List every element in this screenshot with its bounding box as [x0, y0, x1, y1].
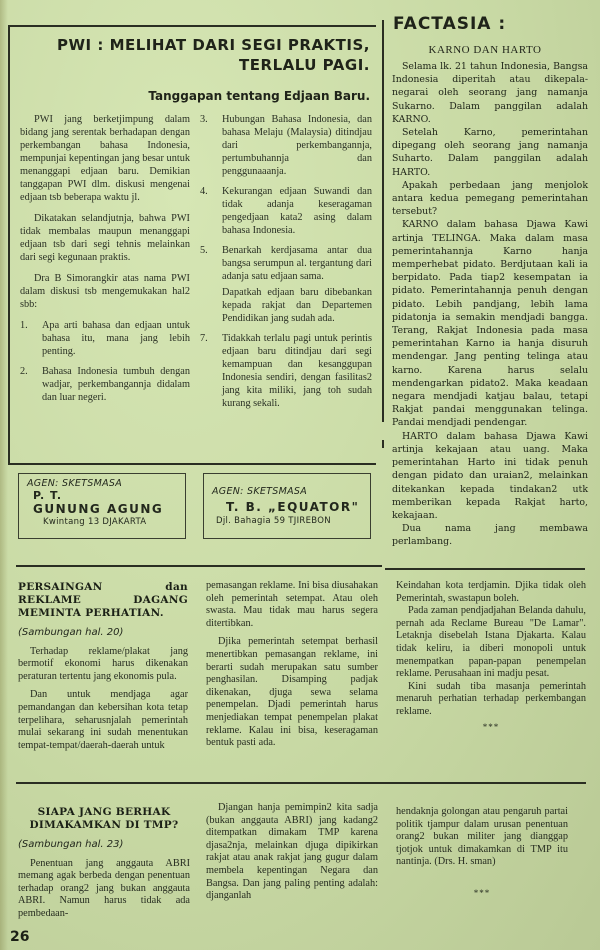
factasia-title: FACTASIA : [393, 14, 506, 34]
paragraph: KARNO dalam bahasa Djawa Kawi artinja TE… [392, 218, 588, 429]
tmp-column-3: hendaknja golongan atau pengaruh partai … [396, 806, 568, 900]
page-number: 26 [10, 929, 29, 945]
continuation-note: (Sambungan hal. 23) [18, 839, 190, 852]
factasia-subtitle: KARNO DAN HARTO [385, 44, 585, 56]
list-item: 2. Bahasa Indonesia tumbuh dengan wadjar… [20, 365, 190, 404]
pwi-article-box: PWI : MELIHAT DARI SEGI PRAKTIS, TERLALU… [8, 25, 376, 465]
paragraph: Dua nama jang membawa perlambang. [392, 522, 588, 548]
paragraph: hendaknja golongan atau pengaruh partai … [396, 806, 568, 869]
reklame-column-3: Keindahan kota terdjamin. Djika tidak ol… [396, 580, 586, 733]
section-divider [16, 782, 586, 784]
pwi-article-title: PWI : MELIHAT DARI SEGI PRAKTIS, TERLALU… [57, 35, 370, 75]
paragraph: Penentuan jang anggauta ABRI memang agak… [18, 858, 190, 921]
pwi-right-column: 3. Hubungan Bahasa Indonesia, dan bahasa… [200, 113, 372, 417]
ad-name-line-1: T. B. „EQUATOR" [226, 500, 362, 514]
tmp-column-2: Djangan hanja pemimpin2 kita sadja (buka… [206, 802, 378, 909]
paragraph: Dra B Simorangkir atas nama PWI dalam di… [20, 272, 190, 311]
paragraph: PWI jang berketjimpung dalam bidang jang… [20, 113, 190, 204]
section-divider [385, 568, 585, 570]
reklame-article-title: PERSAINGAN dan REKLAME DAGANG MEMINTA PE… [18, 581, 188, 620]
magazine-page: PWI : MELIHAT DARI SEGI PRAKTIS, TERLALU… [0, 0, 600, 950]
pwi-left-column: PWI jang berketjimpung dalam bidang jang… [20, 113, 190, 411]
list-item: 3. Hubungan Bahasa Indonesia, dan bahasa… [200, 113, 372, 178]
paragraph: Djika pemerintah setempat berhasil mener… [206, 636, 378, 749]
ad-agent-label: AGEN: SKETSMASA [27, 478, 177, 489]
paragraph: Pada zaman pendjadjahan Belanda dahulu, … [396, 605, 586, 681]
ad-equator: AGEN: SKETSMASA T. B. „EQUATOR" Djl. Bah… [203, 473, 371, 539]
ad-name-line-2: GUNUNG AGUNG [33, 502, 177, 516]
tmp-article-title: SIAPA JANG BERHAK DIMAKAMKAN DI TMP? [18, 806, 190, 832]
factasia-body: Selama lk. 21 tahun Indonesia, Bangsa In… [392, 60, 588, 549]
end-mark: *** [396, 721, 586, 734]
end-mark: *** [396, 887, 568, 900]
ad-agent-label: AGEN: SKETSMASA [212, 486, 362, 497]
paragraph: Setelah Karno, pemerintahan dipegang ole… [392, 126, 588, 179]
ad-gunung-agung: AGEN: SKETSMASA P. T. GUNUNG AGUNG Kwint… [18, 473, 186, 539]
paragraph: Keindahan kota terdjamin. Djika tidak ol… [396, 580, 586, 605]
paragraph: Apakah perbedaan jang menjolok antara ke… [392, 179, 588, 219]
tmp-column-1: SIAPA JANG BERHAK DIMAKAMKAN DI TMP? (Sa… [18, 806, 190, 927]
paragraph: pemasangan reklame. Ini bisa diusahakan … [206, 580, 378, 630]
pwi-article-subtitle: Tanggapan tentang Edjaan Baru. [148, 89, 370, 103]
reklame-column-1: PERSAINGAN dan REKLAME DAGANG MEMINTA PE… [18, 581, 188, 758]
list-item: 7. Tidakkah terlalu pagi untuk perintis … [200, 332, 372, 410]
ad-address: Djl. Bahagia 59 TJIREBON [216, 516, 362, 526]
ad-name-line-1: P. T. [33, 489, 177, 502]
paragraph: Dikatakan selandjutnja, bahwa PWI tidak … [20, 212, 190, 264]
list-item: 5. Benarkah kerdjasama antar dua bangsa … [200, 244, 372, 283]
title-line-1: PWI : MELIHAT DARI SEGI PRAKTIS, [57, 35, 370, 55]
paragraph: Kini sudah tiba masanja pemerintah menar… [396, 681, 586, 719]
column-divider-tick [382, 440, 384, 448]
list-item: 1. Apa arti bahasa dan edjaan untuk baha… [20, 319, 190, 358]
column-divider [382, 20, 384, 422]
continuation-note: (Sambungan hal. 20) [18, 627, 188, 640]
paragraph: Dan untuk mendjaga agar pemandangan dan … [18, 689, 188, 752]
list-item: 4. Kekurangan edjaan Suwandi dan tidak a… [200, 185, 372, 237]
section-divider [16, 565, 382, 567]
paragraph: Selama lk. 21 tahun Indonesia, Bangsa In… [392, 60, 588, 126]
ad-address: Kwintang 13 DJAKARTA [43, 517, 177, 527]
paragraph: Djangan hanja pemimpin2 kita sadja (buka… [206, 802, 378, 903]
reklame-column-2: pemasangan reklame. Ini bisa diusahakan … [206, 580, 378, 756]
page-edge-shadow [0, 0, 8, 950]
list-item: 6. Dapatkah edjaan baru dibebankan kepad… [200, 286, 372, 325]
paragraph: HARTO dalam bahasa Djawa Kawi artinja ke… [392, 430, 588, 522]
paragraph: Terhadap reklame/plakat jang bermotif ek… [18, 646, 188, 684]
title-line-2: TERLALU PAGI. [57, 55, 370, 75]
